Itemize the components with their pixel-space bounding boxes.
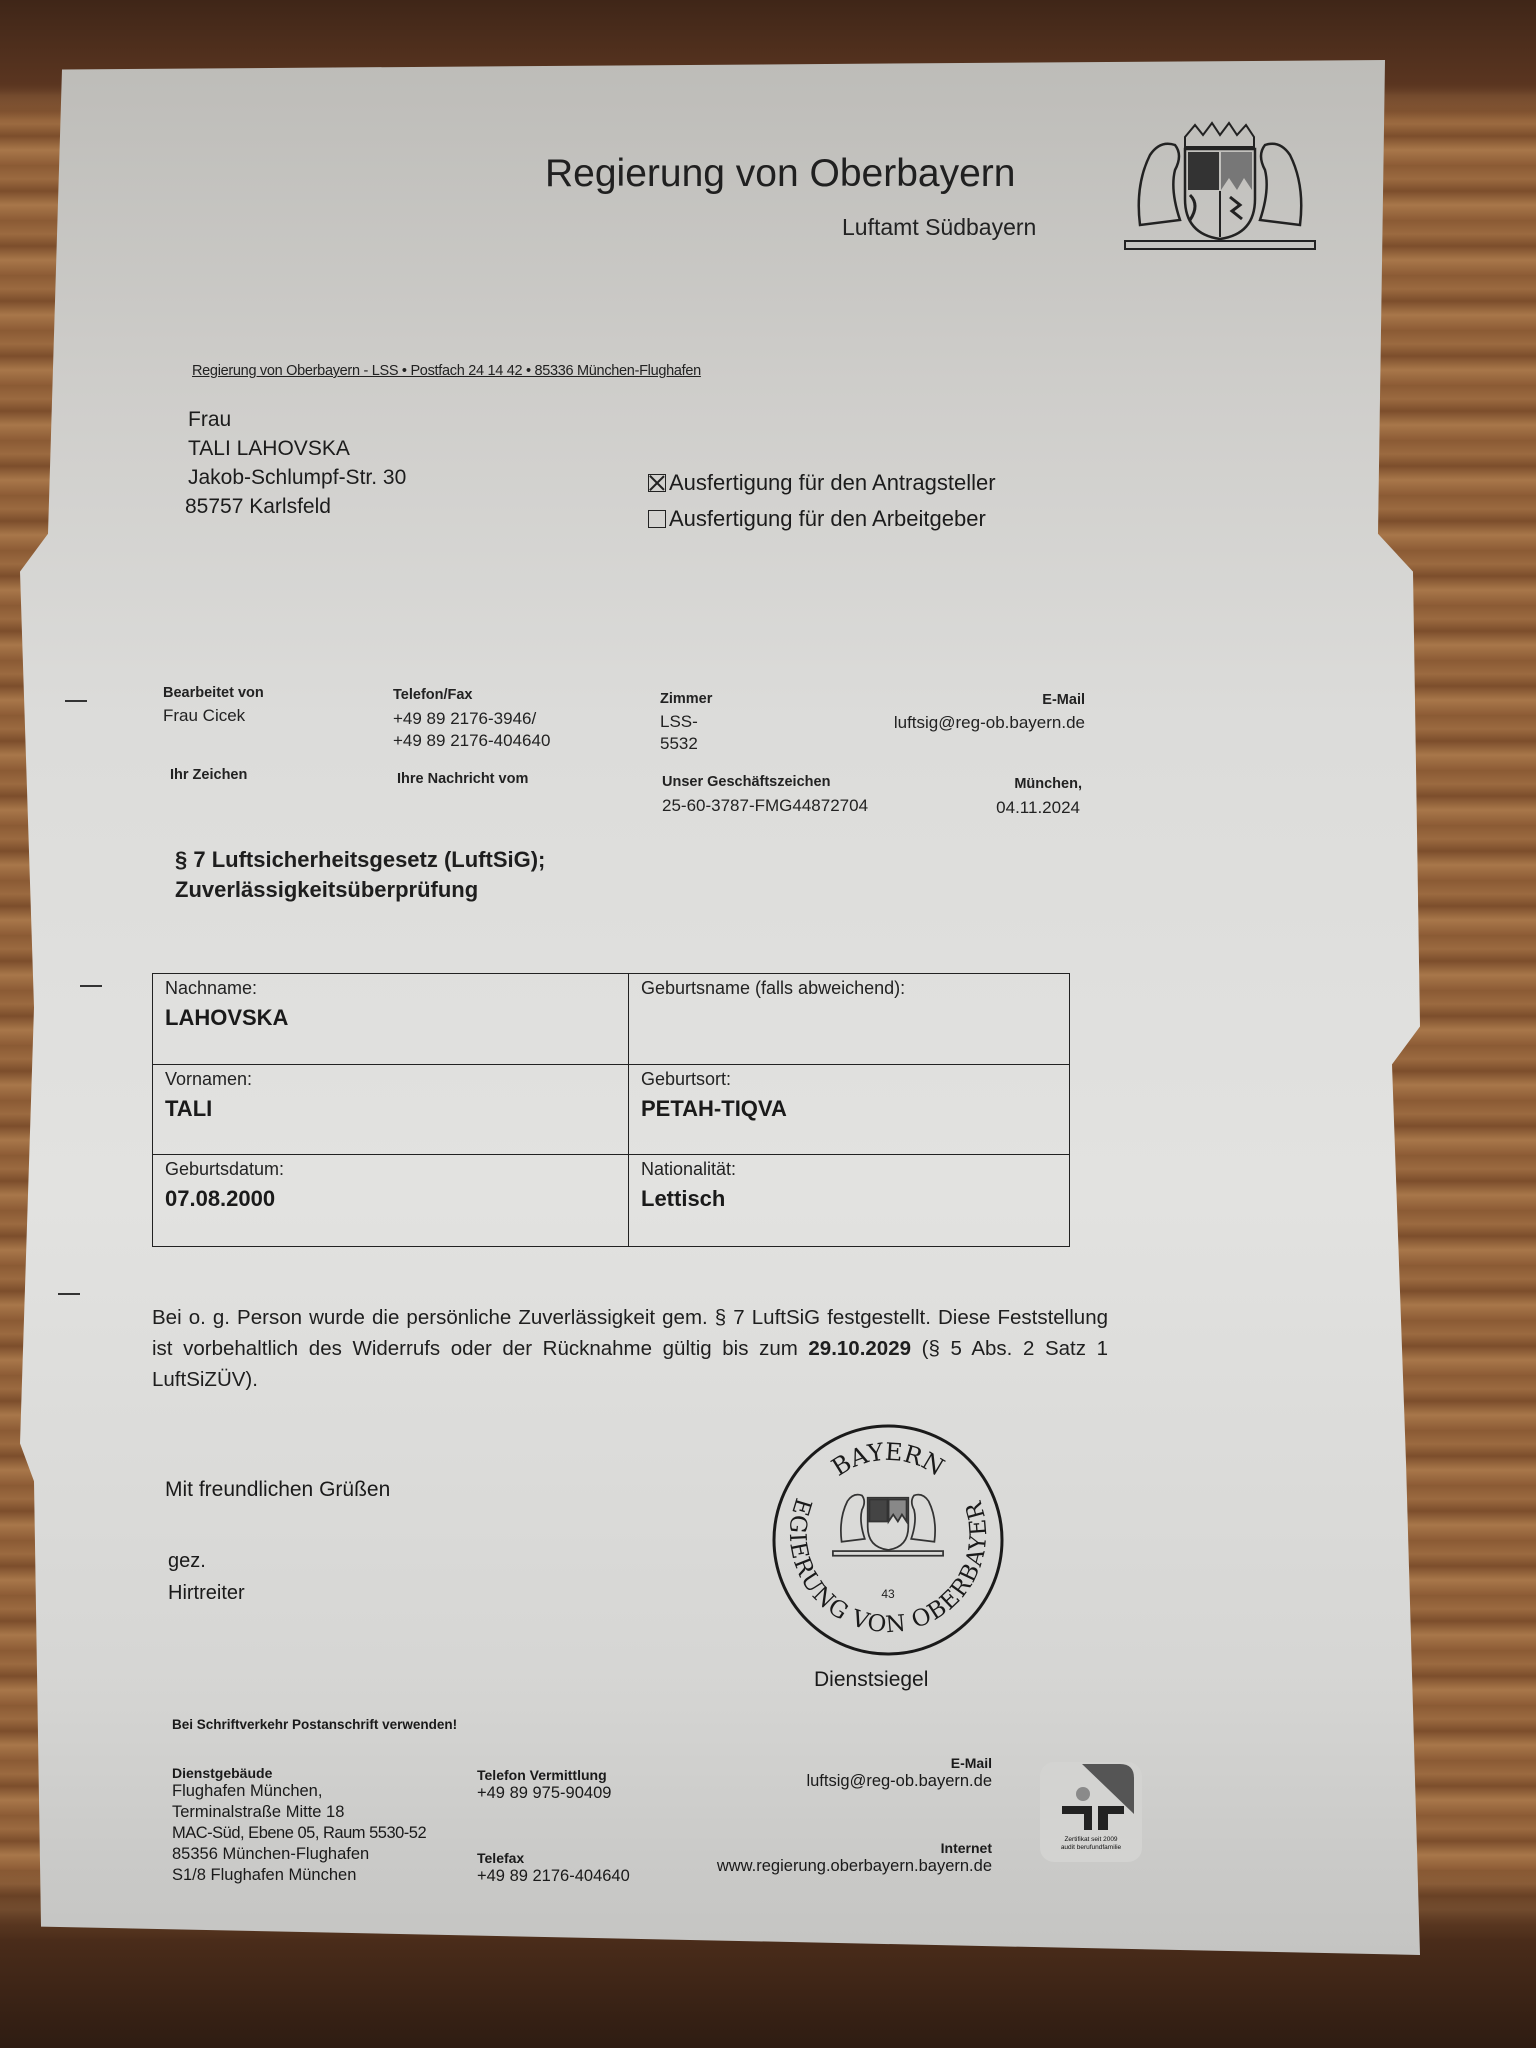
internet-value[interactable]: www.regierung.oberbayern.bayern.de xyxy=(717,1856,992,1877)
building-line: Flughafen München, xyxy=(172,1781,426,1802)
cell-value: TALI xyxy=(165,1096,616,1122)
footer-fax: Telefax +49 89 2176-404640 xyxy=(477,1850,630,1887)
cell-value: LAHOVSKA xyxy=(165,1005,616,1031)
audit-logo-icon xyxy=(1040,1762,1142,1832)
table-cell-birth-name: Geburtsname (falls abweichend): xyxy=(629,974,1069,1065)
building-label: Dienstgebäude xyxy=(172,1765,426,1781)
room-label: Zimmer xyxy=(660,691,712,707)
cell-label: Geburtsort: xyxy=(641,1069,1057,1090)
fold-mark xyxy=(65,700,87,702)
footer-email-value[interactable]: luftsig@reg-ob.bayern.de xyxy=(806,1771,992,1792)
subject-line-1: § 7 Luftsicherheitsgesetz (LuftSiG); xyxy=(175,845,545,875)
subject-heading: § 7 Luftsicherheitsgesetz (LuftSiG); Zuv… xyxy=(175,845,545,905)
email-label: E-Mail xyxy=(1042,692,1085,708)
building-line: S1/8 Flughafen München xyxy=(172,1865,426,1886)
seal-caption: Dienstsiegel xyxy=(814,1668,928,1692)
authority-title: Regierung von Oberbayern xyxy=(545,152,1015,196)
fold-mark xyxy=(58,1293,80,1295)
letter-document: Regierung von Oberbayern Luftamt Südbaye… xyxy=(20,60,1420,1955)
footer-email-label: E-Mail xyxy=(806,1755,992,1771)
fold-mark xyxy=(80,985,102,987)
signature-block: gez. Hirtreiter xyxy=(168,1545,245,1609)
phone-exchange-label: Telefon Vermittlung xyxy=(477,1767,611,1783)
person-data-table: Nachname: LAHOVSKA Geburtsname (falls ab… xyxy=(152,973,1070,1247)
copy-applicant-checkbox: Ausfertigung für den Antragsteller xyxy=(648,470,996,496)
seal-number: 43 xyxy=(881,1587,895,1601)
phone-value: +49 89 2176-3946/ xyxy=(393,708,536,729)
copy-employer-checkbox: Ausfertigung für den Arbeitgeber xyxy=(648,506,986,532)
cell-value: 07.08.2000 xyxy=(165,1186,616,1212)
fax-label: Telefax xyxy=(477,1850,630,1866)
phone-fax-label: Telefon/Fax xyxy=(393,687,473,703)
date-value: 04.11.2024 xyxy=(996,797,1080,818)
bavarian-coat-of-arms-icon xyxy=(1120,115,1320,255)
signer-name: Hirtreiter xyxy=(168,1577,245,1609)
certificate-text: Zertifikat seit 2009 audit berufundfamil… xyxy=(1040,1836,1142,1852)
phone-exchange-value: +49 89 975-90409 xyxy=(477,1783,611,1804)
gez-label: gez. xyxy=(168,1545,245,1577)
svg-text:BAYERN: BAYERN xyxy=(827,1438,949,1482)
cell-label: Vornamen: xyxy=(165,1069,616,1090)
empty-box-icon xyxy=(648,510,666,528)
closing-greeting: Mit freundlichen Grüßen xyxy=(165,1478,390,1502)
certificate-line-2: audit berufundfamilie xyxy=(1040,1844,1142,1852)
seal-top-text: BAYERN xyxy=(827,1438,949,1482)
certificate-line-1: Zertifikat seit 2009 xyxy=(1040,1836,1142,1844)
processed-by-label: Bearbeitet von xyxy=(163,685,264,701)
cell-label: Nationalität: xyxy=(641,1159,1057,1180)
authority-subtitle: Luftamt Südbayern xyxy=(842,214,1036,241)
email-value[interactable]: luftsig@reg-ob.bayern.de xyxy=(894,712,1085,733)
building-line: Terminalstraße Mitte 18 xyxy=(172,1802,426,1823)
cell-value: Lettisch xyxy=(641,1186,1057,1212)
cell-label: Nachname: xyxy=(165,978,616,999)
cell-label: Geburtsdatum: xyxy=(165,1159,616,1180)
valid-until-date: 29.10.2029 xyxy=(808,1337,911,1360)
fax-value: +49 89 2176-404640 xyxy=(393,730,550,751)
table-cell-first-names: Vornamen: TALI xyxy=(153,1065,629,1156)
recipient-name: TALI LAHOVSKA xyxy=(188,437,350,461)
sender-return-address: Regierung von Oberbayern - LSS • Postfac… xyxy=(192,363,701,379)
subject-line-2: Zuverlässigkeitsüberprüfung xyxy=(175,875,545,905)
case-number-value: 25-60-3787-FMG44872704 xyxy=(662,795,868,816)
footer-email: E-Mail luftsig@reg-ob.bayern.de xyxy=(806,1755,992,1792)
decision-paragraph: Bei o. g. Person wurde die persönliche Z… xyxy=(152,1302,1108,1395)
your-message-label: Ihre Nachricht vom xyxy=(397,771,528,787)
fax-value: +49 89 2176-404640 xyxy=(477,1866,630,1887)
footer-building: Dienstgebäude Flughafen München, Termina… xyxy=(172,1765,426,1886)
footer-internet: Internet www.regierung.oberbayern.bayern… xyxy=(717,1840,992,1877)
table-cell-surname: Nachname: LAHOVSKA xyxy=(153,974,629,1065)
copy-applicant-label: Ausfertigung für den Antragsteller xyxy=(669,470,996,495)
recipient-city: 85757 Karlsfeld xyxy=(185,495,331,519)
processed-by-value: Frau Cicek xyxy=(163,705,245,726)
checked-box-icon xyxy=(648,474,666,492)
official-seal-icon: BAYERN REGIERUNG VON OBERBAYERN 43 xyxy=(768,1420,1008,1660)
room-value-1: LSS- xyxy=(660,711,698,732)
family-audit-certificate-badge: Zertifikat seit 2009 audit berufundfamil… xyxy=(1040,1762,1142,1862)
footer-note: Bei Schriftverkehr Postanschrift verwend… xyxy=(172,1717,457,1732)
table-cell-birthdate: Geburtsdatum: 07.08.2000 xyxy=(153,1155,629,1246)
recipient-salutation: Frau xyxy=(188,408,231,432)
footer-phone: Telefon Vermittlung +49 89 975-90409 xyxy=(477,1767,611,1804)
case-number-label: Unser Geschäftszeichen xyxy=(662,774,830,790)
room-value-2: 5532 xyxy=(660,733,698,754)
your-reference-label: Ihr Zeichen xyxy=(170,767,247,783)
recipient-street: Jakob-Schlumpf-Str. 30 xyxy=(188,466,406,490)
building-line: 85356 München-Flughafen xyxy=(172,1844,426,1865)
table-cell-birthplace: Geburtsort: PETAH-TIQVA xyxy=(629,1065,1069,1156)
copy-employer-label: Ausfertigung für den Arbeitgeber xyxy=(669,506,986,531)
cell-label: Geburtsname (falls abweichend): xyxy=(641,978,1057,999)
cell-value: PETAH-TIQVA xyxy=(641,1096,1057,1122)
place-label: München, xyxy=(1014,776,1082,792)
internet-label: Internet xyxy=(717,1840,992,1856)
table-cell-nationality: Nationalität: Lettisch xyxy=(629,1155,1069,1246)
building-line: MAC-Süd, Ebene 05, Raum 5530-52 xyxy=(172,1823,426,1844)
